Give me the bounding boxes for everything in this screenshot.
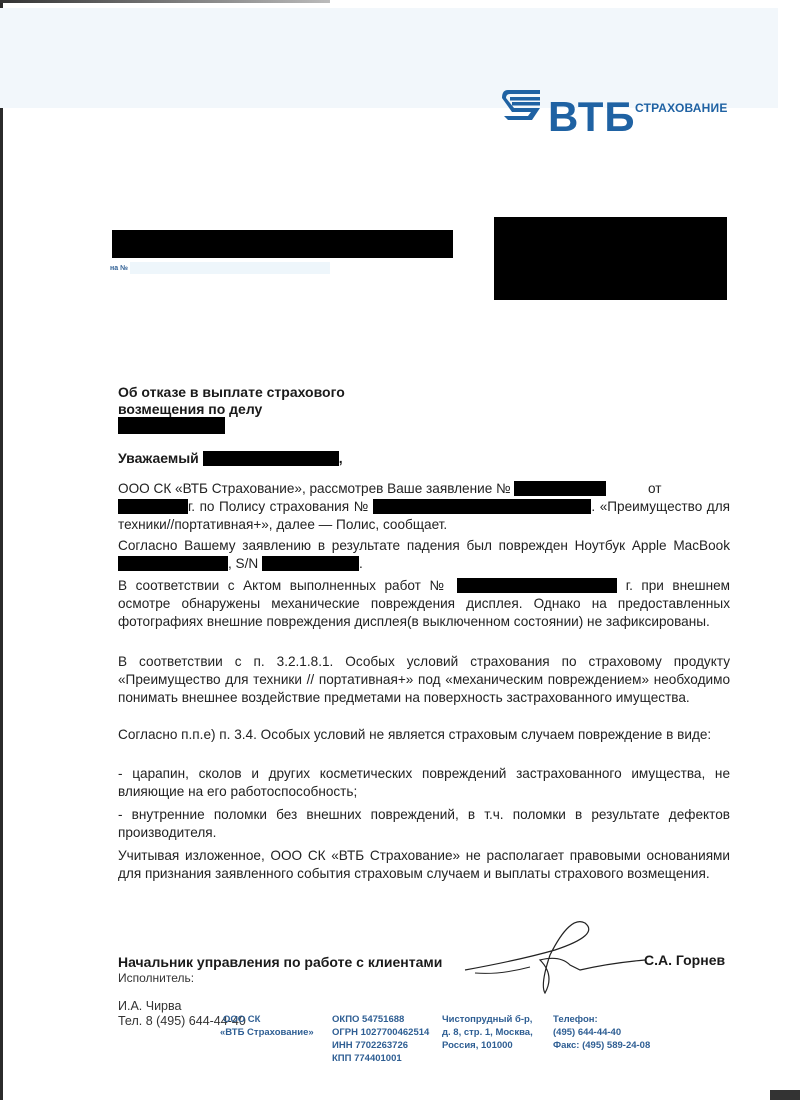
scan-edge-corner xyxy=(770,1090,800,1100)
footer-codes: ОКПО 54751688 ОГРН 1027700462514 ИНН 770… xyxy=(332,1013,429,1065)
scan-edge-top xyxy=(0,0,330,3)
paragraph-4: В соответствии с п. 3.2.1.8.1. Особых ус… xyxy=(118,653,730,707)
paragraph-1: ООО СК «ВТБ Страхование», рассмотрев Ваш… xyxy=(118,480,730,534)
redacted-serial-number xyxy=(262,556,359,571)
redacted-sender-ref xyxy=(112,230,453,258)
paragraph-7: - внутренние поломки без внешних поврежд… xyxy=(118,806,730,842)
redacted-claim-date xyxy=(118,499,188,514)
footer-company: ООО СК «ВТБ Страхование» xyxy=(220,1013,314,1039)
paragraph-8: Учитывая изложенное, ООО СК «ВТБ Страхов… xyxy=(118,847,730,883)
letter-subject: Об отказе в выплате страхового возмещени… xyxy=(118,384,345,418)
brand-name: ВТБ xyxy=(548,96,636,138)
executor-label: Исполнитель: xyxy=(118,971,194,985)
redacted-policy-number xyxy=(373,499,591,514)
paragraph-5: Согласно п.п.е) п. 3.4. Особых условий н… xyxy=(118,726,730,744)
footer-contacts: Телефон: (495) 644-44-40 Факс: (495) 589… xyxy=(553,1013,650,1052)
redacted-recipient-address xyxy=(494,217,727,300)
redacted-case-number xyxy=(118,417,225,434)
paragraph-6: - царапин, сколов и других косметических… xyxy=(118,765,730,801)
ref-label: на № xyxy=(110,265,128,272)
redacted-recipient-name xyxy=(203,451,339,466)
redacted-act-number xyxy=(457,578,617,593)
vtb-logo: ВТБ СТРАХОВАНИЕ xyxy=(500,88,730,138)
executor-name: И.А. Чирва xyxy=(118,999,181,1013)
vtb-logo-icon xyxy=(500,88,542,128)
signer-name: С.А. Горнев xyxy=(644,952,725,968)
paragraph-2: Согласно Вашему заявлению в результате п… xyxy=(118,537,730,573)
greeting: Уважаемый , xyxy=(118,450,343,466)
footer-address: Чистопрудный б-р, д. 8, стр. 1, Москва, … xyxy=(442,1013,533,1052)
handwritten-signature xyxy=(460,915,650,995)
scan-edge xyxy=(0,0,3,1100)
redacted-model xyxy=(118,556,228,571)
paragraph-3: В соответствии с Актом выполненных работ… xyxy=(118,577,730,631)
brand-subtitle: СТРАХОВАНИЕ xyxy=(635,101,728,115)
signer-position: Начальник управления по работе с клиента… xyxy=(118,954,442,970)
ref-number-field xyxy=(130,262,330,274)
redacted-claim-number xyxy=(514,481,606,496)
